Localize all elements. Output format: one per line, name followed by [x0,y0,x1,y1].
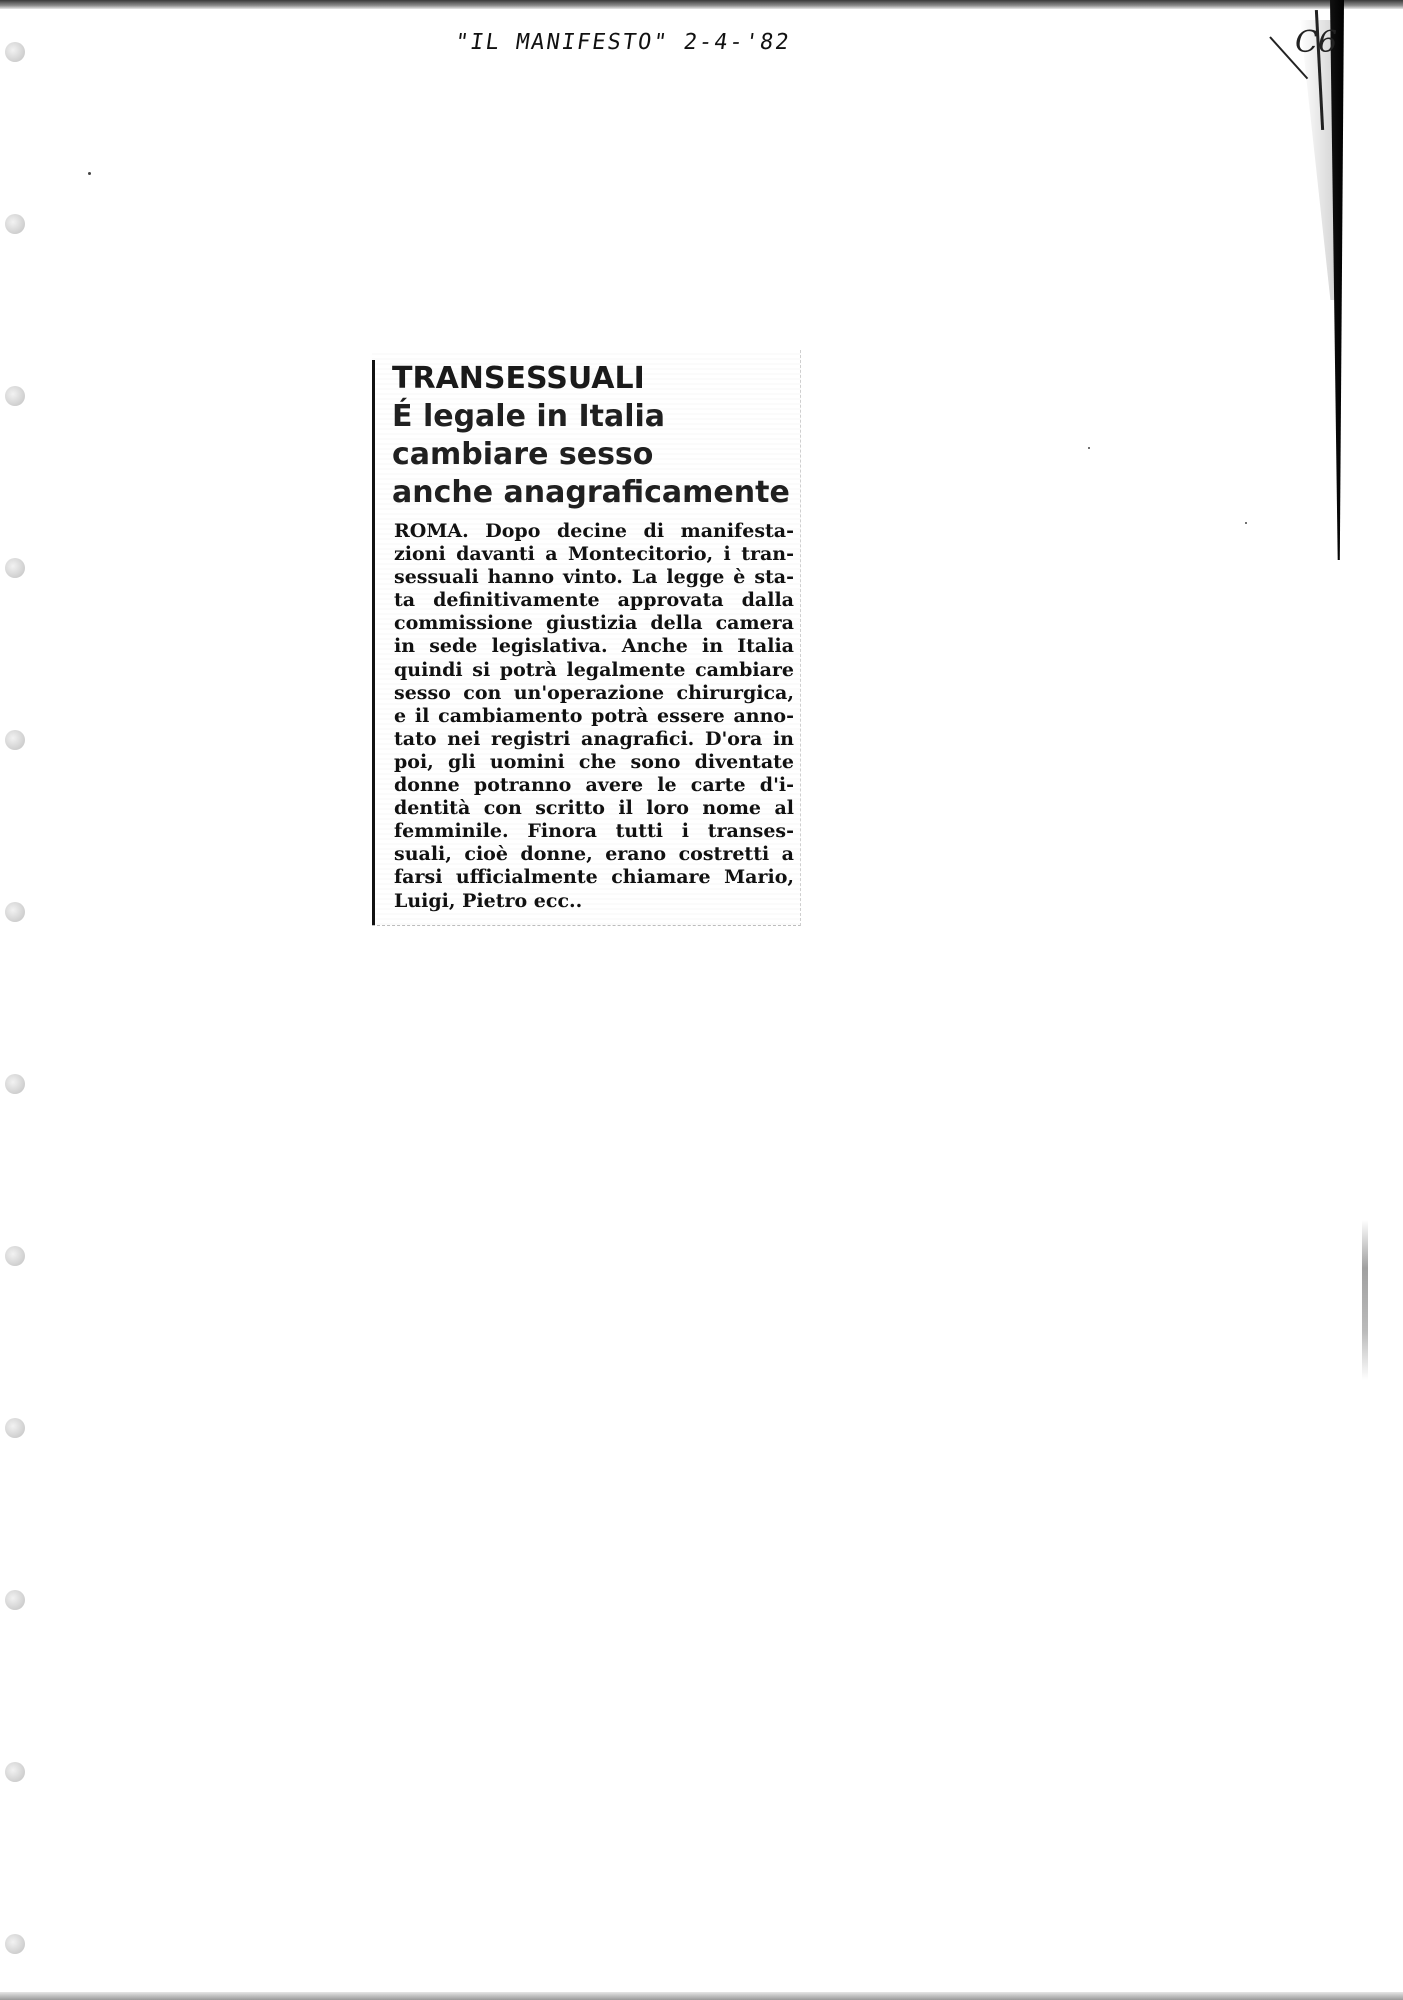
scan-top-edge [0,0,1403,9]
punch-hole [5,1934,25,1954]
punch-hole [5,42,25,62]
scan-speck [1088,447,1090,449]
article-body-line: sesso con un'operazione chirurgica, [394,682,794,705]
article-body-line: zioni davanti a Montecitorio, i tran- [394,543,794,566]
article-body-line: ROMA. Dopo decine di manifesta- [394,520,794,543]
article-kicker: TRANSESSUALI [392,360,792,398]
article-body: ROMA. Dopo decine di manifesta-zioni dav… [394,520,794,913]
article-body-line: in sede legislativa. Anche in Italia [394,635,794,658]
headline-line: É legale in Italia [392,398,792,436]
scan-speck [88,172,91,175]
scan-speck [1245,522,1247,524]
column-rule [372,360,375,925]
punch-hole [5,558,25,578]
article-body-line: femminile. Finora tutti i transes- [394,820,794,843]
punch-hole [5,1246,25,1266]
handwritten-source-note: "IL MANIFESTO" 2-4-'82 [453,30,792,55]
article-body-line: suali, cioè donne, erano costretti a [394,843,794,866]
article-body-line: tato nei registri anagrafici. D'ora in [394,728,794,751]
article-body-line: donne potranno avere le carte d'i- [394,774,794,797]
newspaper-clipping: TRANSESSUALI É legale in Italia cambiare… [372,350,801,926]
headline-line: cambiare sesso [392,436,792,474]
punch-hole [5,1590,25,1610]
article-body-line: e il cambiamento potrà essere anno- [394,705,794,728]
article-body-line: Luigi, Pietro ecc.. [394,890,794,913]
punch-hole [5,1074,25,1094]
article-body-line: poi, gli uomini che sono diventate [394,751,794,774]
punch-hole [5,902,25,922]
article-body-line: commissione giustizia della camera [394,612,794,635]
article-body-line: dentità con scritto il loro nome al [394,797,794,820]
punch-hole [5,730,25,750]
scan-smudge [1362,1220,1368,1380]
article-body-line: farsi ufficialmente chiamare Mario, [394,866,794,889]
punch-hole [5,214,25,234]
punch-hole [5,386,25,406]
headline-line: anche anagraficamente [392,474,792,512]
article-headline: TRANSESSUALI É legale in Italia cambiare… [392,360,792,512]
article-body-line: ta definitivamente approvata dalla [394,589,794,612]
article-body-line: sessuali hanno vinto. La legge è sta- [394,566,794,589]
article-body-line: quindi si potrà legalmente cambiare [394,659,794,682]
scan-bottom-edge [0,1992,1403,2000]
archive-page-number: C6 [1295,25,1337,60]
punch-hole [5,1762,25,1782]
punch-hole [5,1418,25,1438]
